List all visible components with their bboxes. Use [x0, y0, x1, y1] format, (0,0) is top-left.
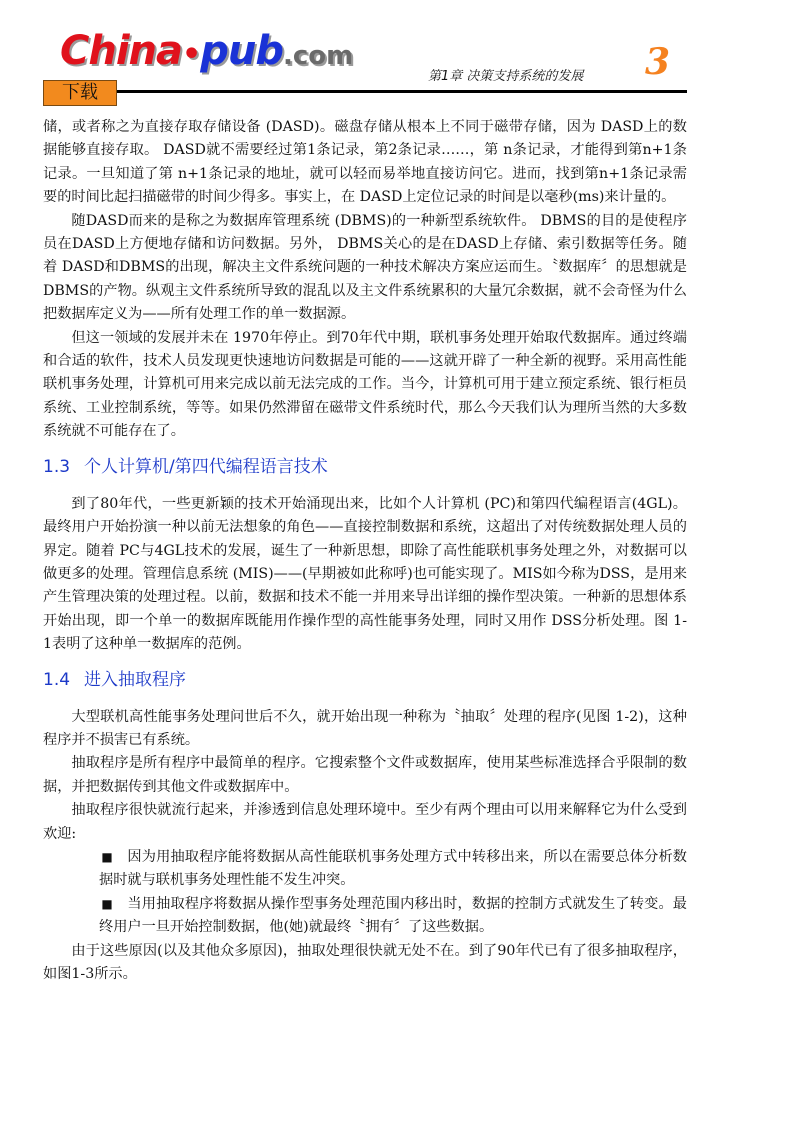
paragraph-extract-intro: 大型联机高性能事务处理问世后不久，就开始出现一种称为〝抽取〞处理的程序(见图 1…	[43, 706, 687, 753]
bullet-item: ■ 当用抽取程序将数据从操作型事务处理范围内移出时，数据的控制方式就发生了转变。…	[43, 893, 687, 940]
paragraph-extract-popular: 抽取程序很快就流行起来，并渗透到信息处理环境中。至少有两个理由可以用来解释它为什…	[43, 799, 687, 846]
document-page: China•pub.com 下载 第1章 决策支持系统的发展 3 储，或者称之为…	[0, 0, 794, 1122]
chapter-title: 第1章 决策支持系统的发展	[428, 65, 583, 84]
paragraph-pc-4gl: 到了80年代，一些更新颖的技术开始涌现出来，比如个人计算机 (PC)和第四代编程…	[43, 493, 687, 657]
paragraph-dasd-continued: 储，或者称之为直接存取存储设备 (DASD)。磁盘存储从根本上不同于磁带存储，因…	[43, 116, 687, 210]
paragraph-extract-simple: 抽取程序是所有程序中最简单的程序。它搜索整个文件或数据库，使用某些标准选择合乎限…	[43, 752, 687, 799]
bullet-square-icon: ■	[73, 846, 113, 869]
bullet-text: 当用抽取程序将数据从操作型事务处理范围内移出时，数据的控制方式就发生了转变。最终…	[99, 896, 687, 935]
paragraph-conclusion: 由于这些原因(以及其他众多原因)，抽取处理很快就无处不在。到了90年代已有了很多…	[43, 940, 687, 987]
section-heading-1-4: 1.4进入抽取程序	[43, 668, 687, 692]
china-pub-logo: China•pub.com	[60, 26, 353, 76]
section-number: 1.4	[43, 670, 70, 690]
page-body: 储，或者称之为直接存取存储设备 (DASD)。磁盘存储从根本上不同于磁带存储，因…	[43, 116, 687, 986]
page-number: 3	[645, 40, 670, 84]
logo-dot: •	[182, 37, 200, 72]
logo-china-text: China	[60, 28, 182, 74]
paragraph-dbms: 随DASD而来的是称之为数据库管理系统 (DBMS)的一种新型系统软件。 DBM…	[43, 210, 687, 327]
section-title: 个人计算机/第四代编程语言技术	[84, 457, 328, 477]
logo-com-text: .com	[283, 41, 353, 71]
bullet-text: 因为用抽取程序能将数据从高性能联机事务处理方式中转移出来，所以在需要总体分析数据…	[99, 849, 687, 888]
bullet-item: ■ 因为用抽取程序能将数据从高性能联机事务处理方式中转移出来，所以在需要总体分析…	[43, 846, 687, 893]
download-badge: 下载	[43, 80, 117, 106]
section-number: 1.3	[43, 457, 70, 477]
paragraph-oltp: 但这一领域的发展并未在 1970年停止。到70年代中期，联机事务处理开始取代数据…	[43, 327, 687, 444]
bullet-square-icon: ■	[73, 893, 113, 916]
logo-pub-text: pub	[200, 28, 283, 74]
header-divider	[117, 90, 687, 93]
section-heading-1-3: 1.3个人计算机/第四代编程语言技术	[43, 455, 687, 479]
section-title: 进入抽取程序	[84, 670, 186, 690]
